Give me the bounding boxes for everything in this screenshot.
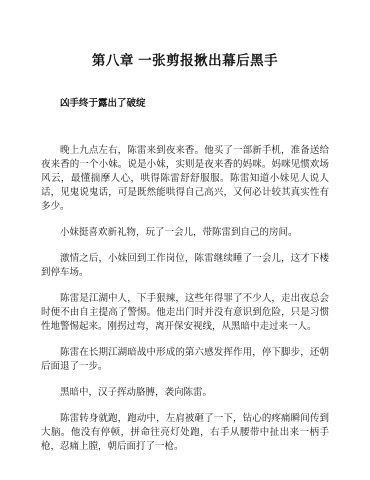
body-text: 晚上九点左右，陈雷来到夜来香。他买了一部新手机，准备送给夜来香的一个小妹。说是小… [41,144,329,454]
section-subtitle: 凶手终于露出了破绽 [41,97,329,110]
paragraph: 晚上九点左右，陈雷来到夜来香。他买了一部新手机，准备送给夜来香的一个小妹。说是小… [41,144,329,214]
paragraph: 陈雷是江湖中人，下手狠辣，这些年得罪了不少人，走出夜总会时便不由自主提高了警惕。… [41,292,329,334]
paragraph: 激情之后，小妹回到工作岗位，陈雷继续睡了一会儿，这才下楼到停车场。 [41,252,329,280]
reader-page: 第八章 一张剪报揪出幕后黑手 凶手终于露出了破绽 晚上九点左右，陈雷来到夜来香。… [0,0,370,480]
paragraph: 小妹挺喜欢新礼物，玩了一会儿，带陈雷到自己的房间。 [41,226,329,240]
paragraph: 陈雷在长期江湖暗战中形成的第六感发挥作用，停下脚步，还朝后面退了一步。 [41,346,329,374]
chapter-title: 第八章 一张剪报揪出幕后黑手 [20,52,350,70]
paragraph: 陈雷转身就跑，跑动中，左肩被砸了一下，钻心的疼痛瞬间传到大脑。他没有停顿，拼命往… [41,412,329,454]
paragraph: 黑暗中，汉子挥动胳膊，袭向陈雷。 [41,386,329,400]
